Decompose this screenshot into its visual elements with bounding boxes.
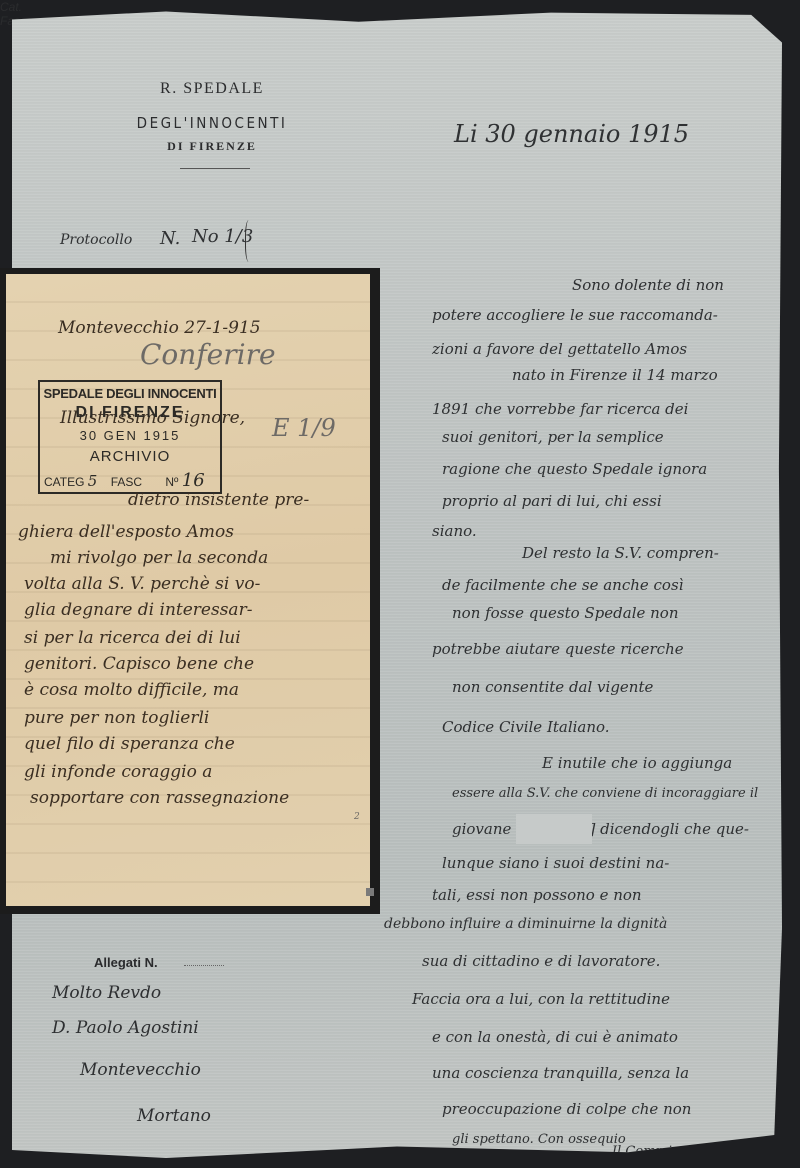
letter-line: Del resto la S.V. compren- <box>522 544 719 562</box>
note-line: volta alla S. V. perchè si vo- <box>24 574 260 594</box>
letter-line: siano. <box>432 522 477 540</box>
letter-line: essere alla S.V. che conviene di incorag… <box>452 786 758 801</box>
letter-line: giovane [redacted] dicendogli che que- <box>452 820 749 838</box>
letter-line: non consentite dal vigente <box>452 678 653 696</box>
protocol-label: Protocollo <box>60 232 132 248</box>
letter-line: debbono influire a diminuirne la dignità <box>384 916 667 932</box>
allegati-dotted-line <box>184 965 224 966</box>
letter-line: E inutile che io aggiunga <box>542 754 732 772</box>
address-line: D. Paolo Agostini <box>52 1018 199 1038</box>
note-line: glia degnare di interessar- <box>24 600 252 620</box>
address-line: Montevecchio <box>80 1060 201 1080</box>
address-line: Molto Revdo <box>52 983 161 1003</box>
note-pencil-annotation: Conferire <box>140 338 276 371</box>
letter-line: Codice Civile Italiano. <box>442 718 610 736</box>
letter-line: sua di cittadino e di lavoratore. <box>422 952 660 970</box>
note-line: dietro insistente pre- <box>128 490 309 510</box>
note-line: mi rivolgo per la seconda <box>50 548 268 568</box>
letter-line: Sono dolente di non <box>572 276 724 294</box>
letterhead-line-2: DEGL'INNOCENTI <box>102 114 322 132</box>
protocol-number-label: N. <box>160 228 180 249</box>
stamp-categ-label: CATEG <box>44 475 84 489</box>
letter-line: nato in Firenze il 14 marzo <box>512 366 718 384</box>
letterhead-rule <box>180 168 250 169</box>
letterhead-line-1: R. SPEDALE <box>102 80 322 98</box>
note-line: si per la ricerca dei di lui <box>24 628 241 648</box>
letter-line: lunque siano i suoi destini na- <box>442 854 669 872</box>
letter-line: non fosse questo Spedale non <box>452 604 679 622</box>
letter-line: suoi genitori, per la semplice <box>442 428 664 446</box>
letter-date: Li 30 gennaio 1915 <box>454 120 689 148</box>
allegati-label: Allegati N. <box>94 955 158 970</box>
stamp-n-value: 16 <box>182 470 205 491</box>
stamp-footer: CATEG 5 FASC Nº 16 <box>40 470 220 491</box>
letter-line: potere accogliere le sue raccomanda- <box>432 306 718 324</box>
stamp-date: 30 GEN 1915 <box>40 428 220 443</box>
stamp-line-2: DI FIRENZE <box>40 404 220 422</box>
stamp-fasc-label: FASC <box>111 475 142 489</box>
letter-line: gli spettano. Con ossequio <box>452 1132 626 1147</box>
redaction-box <box>516 814 592 844</box>
brace-icon <box>245 220 254 262</box>
letter-line: potrebbe aiutare queste ricerche <box>432 640 684 658</box>
note-line: pure per non toglierli <box>24 708 209 728</box>
stamp-categ-value: 5 <box>88 472 98 490</box>
address-line: Mortano <box>137 1106 211 1126</box>
letter-line: Faccia ora a lui, con la rettitudine <box>412 990 670 1008</box>
letterhead-line-3: DI FIRENZE <box>102 139 322 154</box>
letter-line: preoccupazione di colpe che non <box>442 1100 691 1118</box>
note-line: ghiera dell'esposto Amos <box>18 522 234 542</box>
signature: Il Commissario <box>612 1144 711 1159</box>
letter-line: tali, essi non possono e non <box>432 886 642 904</box>
letter-line: proprio al pari di lui, chi essi <box>442 492 662 510</box>
cat-label: Cat. <box>0 0 800 14</box>
note-line: quel filo di speranza che <box>24 734 235 754</box>
note-page-mark: 2 <box>354 812 360 822</box>
note-line: è cosa molto difficile, ma <box>24 680 239 700</box>
note-header: Montevecchio 27-1-915 <box>58 318 261 338</box>
scan-marker <box>366 888 374 896</box>
note-line: sopportare con rassegnazione <box>30 788 289 808</box>
stamp-n-label: Nº <box>165 475 178 489</box>
note-ref-mark: E 1/9 <box>272 414 336 442</box>
letter-line: zioni a favore del gettatello Amos <box>432 340 687 358</box>
stamp-archivio: ARCHIVIO <box>40 448 220 465</box>
letter-line: e con la onestà, di cui è animato <box>432 1028 678 1046</box>
letter-line: ragione che questo Spedale ignora <box>442 460 707 478</box>
letter-line: 1891 che vorrebbe far ricerca dei <box>432 400 688 418</box>
letter-line: de facilmente che se anche così <box>442 576 683 594</box>
archive-stamp: SPEDALE DEGLI INNOCENTI DI FIRENZE 30 GE… <box>38 380 222 494</box>
stamp-line-1: SPEDALE DEGLI INNOCENTI <box>40 386 220 401</box>
letter-line: una coscienza tranquilla, senza la <box>432 1064 689 1082</box>
note-line: genitori. Capisco bene che <box>24 654 254 674</box>
note-line: gli infonde coraggio a <box>24 762 212 782</box>
